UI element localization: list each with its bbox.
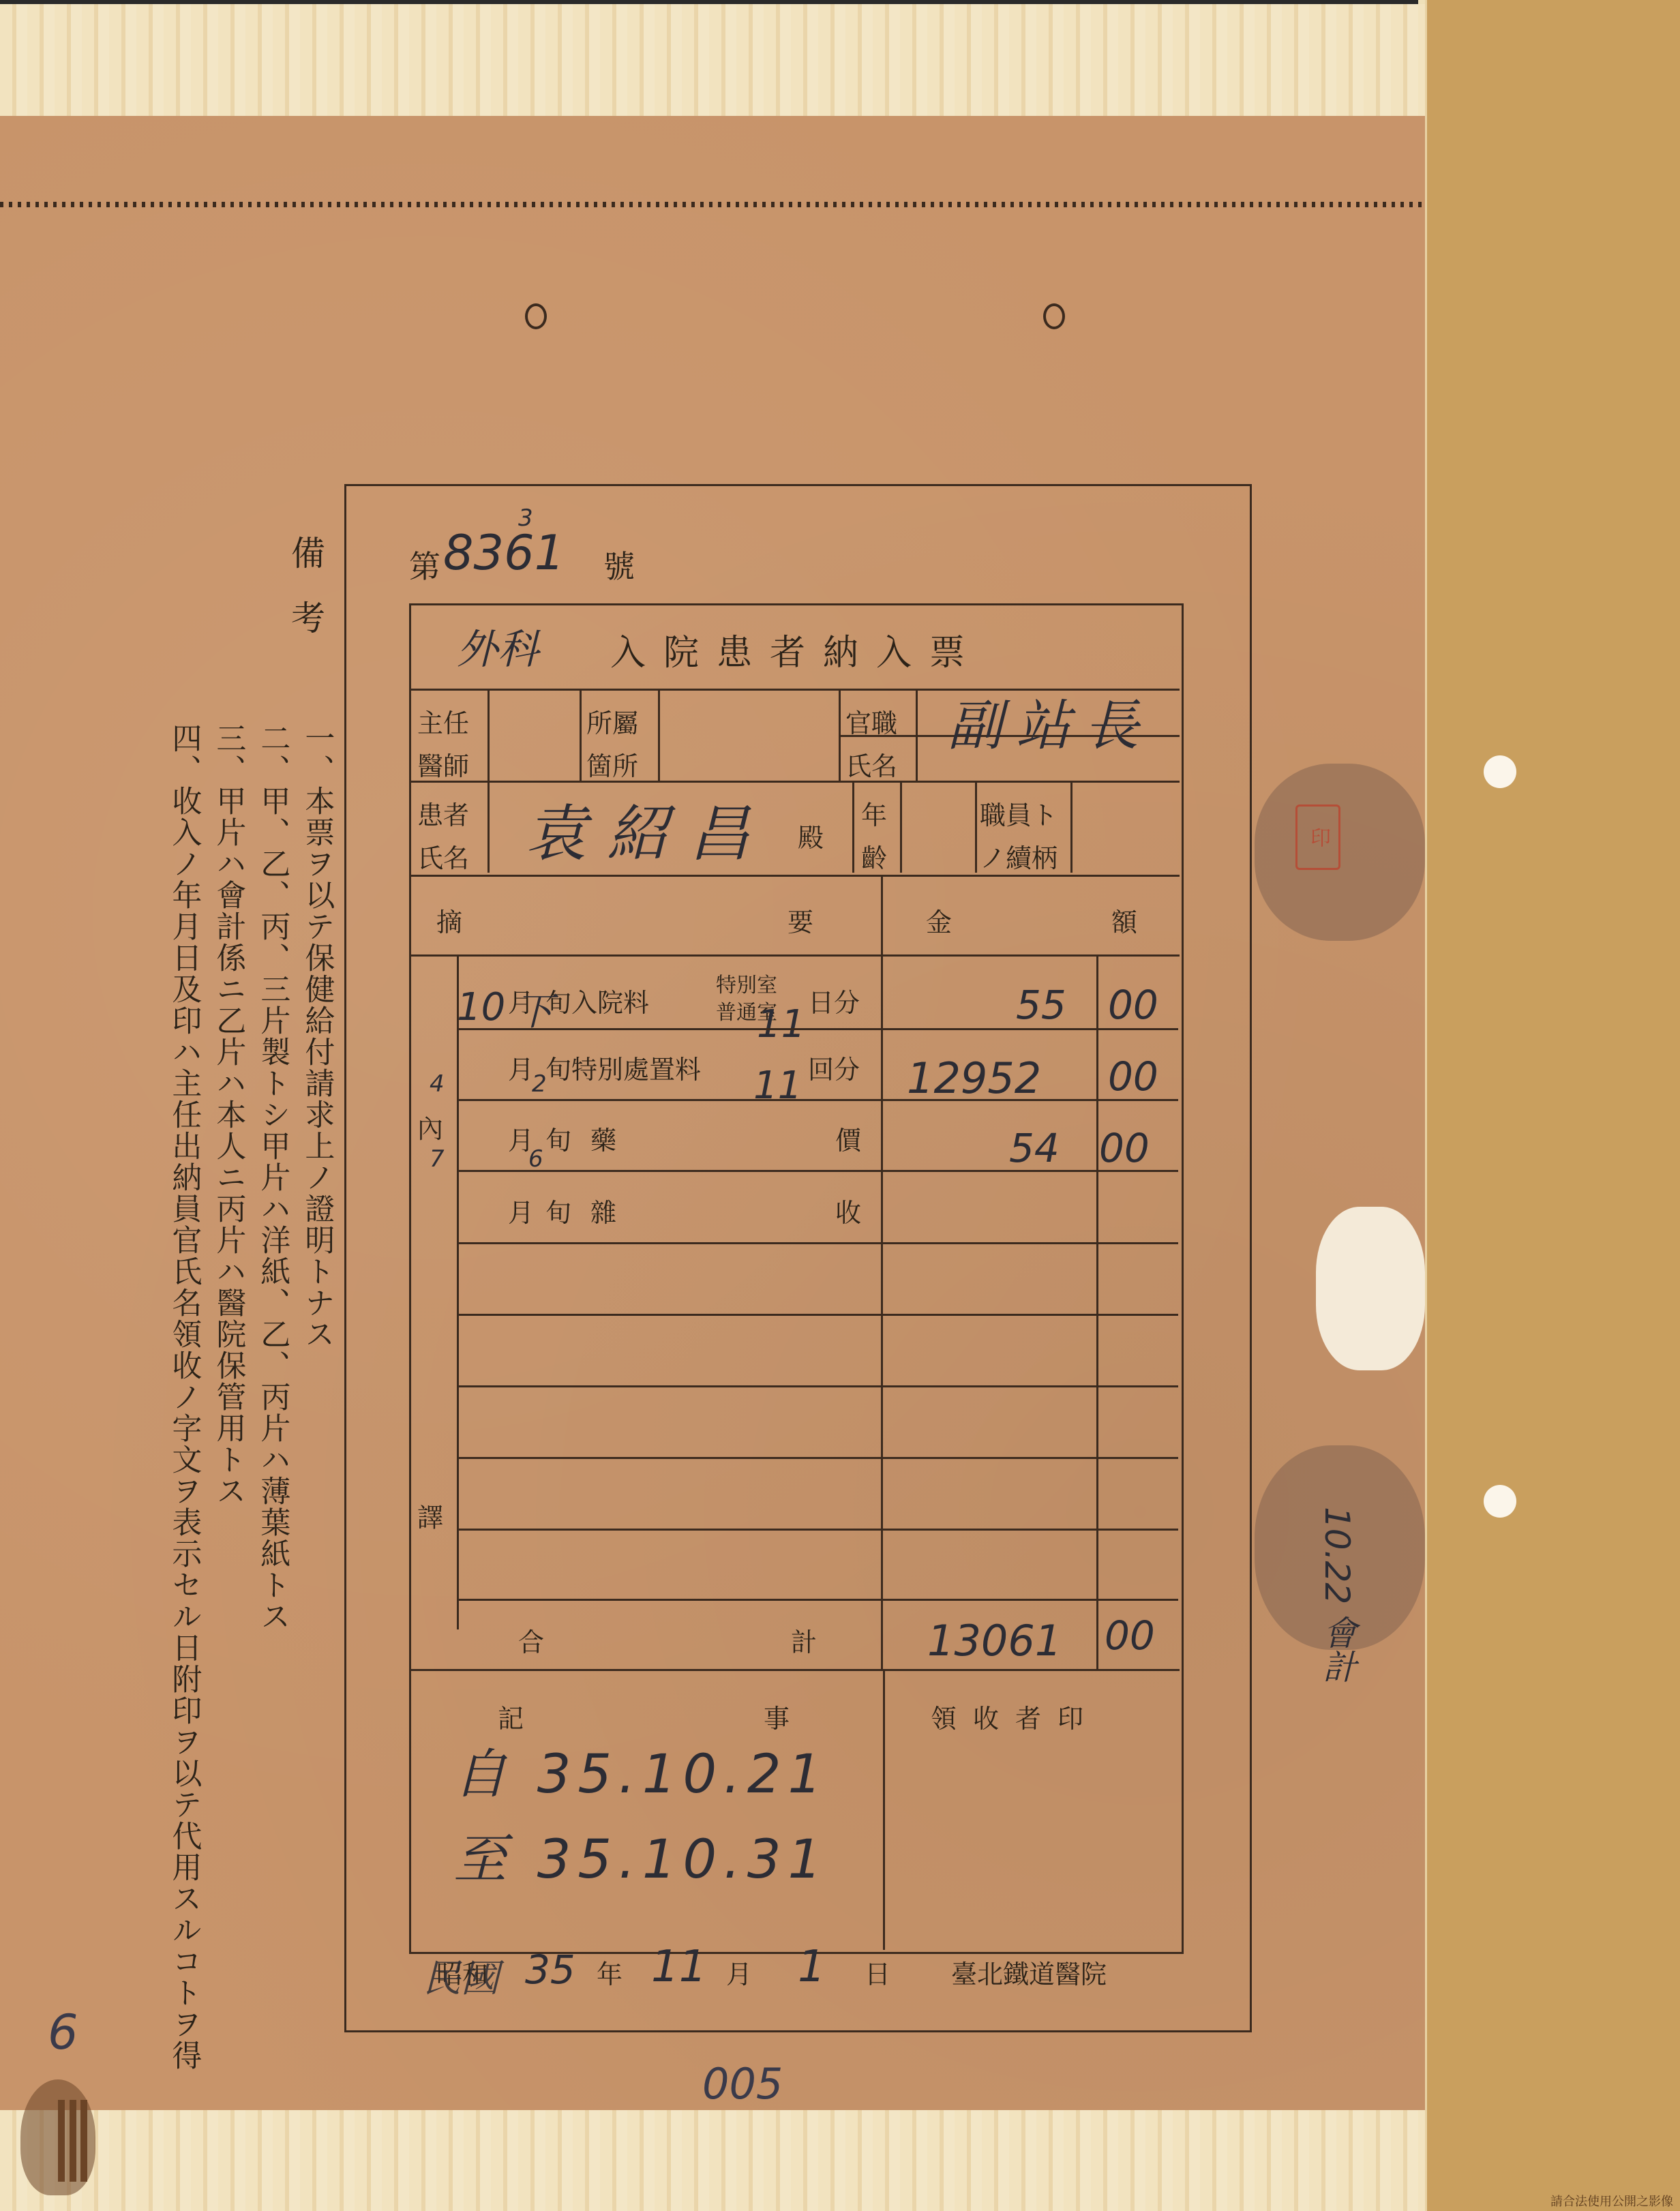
divider xyxy=(458,1385,1178,1387)
paper-damage xyxy=(1316,1207,1425,1370)
hand-count: 11 xyxy=(757,1002,805,1047)
total-sen: 00 xyxy=(1105,1612,1155,1659)
page-number-bottom: 005 xyxy=(702,2059,783,2109)
divider xyxy=(409,875,1180,877)
divider xyxy=(841,735,916,737)
amount-yen: 54 xyxy=(1009,1125,1060,1171)
divider xyxy=(458,1457,1178,1459)
divider xyxy=(1096,954,1098,1669)
day-label: 日 xyxy=(865,1953,890,1991)
divider xyxy=(458,1599,1178,1601)
era-handwritten: 民國 xyxy=(423,1949,499,2003)
row-item-label: 旬入院料 xyxy=(545,982,649,1019)
patient-name: 袁紹昌 xyxy=(525,784,770,873)
note-item-3: 三、甲片ハ會計係ニ乙片ハ本人ニ丙片ハ醫院保管用トス xyxy=(211,723,244,1507)
divider xyxy=(409,781,1180,783)
total-label: 計 xyxy=(791,1621,817,1659)
issue-year: 35 xyxy=(525,1946,575,1993)
patient-label: 患者 xyxy=(417,794,469,832)
binder-hole xyxy=(1484,1485,1516,1518)
issue-day: 1 xyxy=(798,1942,826,1992)
amount-yen: 12952 xyxy=(907,1053,1041,1103)
divider xyxy=(409,1669,1180,1671)
notes-title-2: 考 xyxy=(286,600,324,635)
divider xyxy=(487,689,490,781)
divider xyxy=(458,1242,1178,1244)
form-title: 入院患者納入票 xyxy=(610,624,982,675)
stay-to-date: 至 35.10.31 xyxy=(453,1817,828,1893)
divider xyxy=(881,875,883,1669)
row-item-label: 旬特別處置料 xyxy=(545,1049,701,1086)
notes-title-1: 備 xyxy=(286,535,324,571)
divider xyxy=(458,1314,1178,1316)
position-value: 副站長 xyxy=(948,682,1152,760)
divider xyxy=(487,781,490,873)
patient-label: 氏名 xyxy=(417,837,469,875)
binder-hole xyxy=(1484,755,1516,788)
archive-logo-icon xyxy=(20,2079,95,2195)
row-month-label: 月 xyxy=(508,1192,534,1229)
room-special: 特別室 xyxy=(716,968,777,998)
form-number-superscript: 3 xyxy=(518,505,533,532)
col-header: 要 xyxy=(787,901,813,939)
margin-annotation-right: 10.22 會計 xyxy=(1312,1507,1362,1683)
side-label: 內 xyxy=(417,1108,443,1145)
punch-hole xyxy=(1043,303,1065,329)
col-header: 額 xyxy=(1111,901,1137,939)
row-item-label: 旬雜 xyxy=(545,1192,635,1229)
relation-label: 職員ト xyxy=(980,794,1057,832)
row-month-label: 月 xyxy=(508,1049,534,1086)
affiliation-label: 箇所 xyxy=(586,745,638,783)
hand-period: 6 xyxy=(528,1145,543,1173)
amount-sen: 00 xyxy=(1108,982,1158,1028)
red-seal: 印 xyxy=(1295,804,1340,870)
receipt-seal-label: 領收者印 xyxy=(931,1698,1100,1735)
position-label: 官職 xyxy=(845,702,897,740)
divider xyxy=(658,689,660,781)
number-prefix: 第 xyxy=(409,542,440,587)
amount-yen: 55 xyxy=(1016,982,1066,1028)
divider xyxy=(409,954,1180,957)
note-item-2: 二、甲、乙、丙、三片製トシ甲片ハ洋紙、乙、丙片ハ薄葉紙トス xyxy=(256,723,288,1632)
note-item-4: 四、收入ノ年月日及印ハ主任出納員官氏名領收ノ字文ヲ表示セル日附印ヲ以テ代用スルコ… xyxy=(167,723,200,2071)
remarks-label: 記 xyxy=(498,1698,524,1735)
row-unit: 日分 xyxy=(808,982,860,1019)
remarks-label: 事 xyxy=(764,1698,790,1735)
binder-board xyxy=(1425,0,1680,2211)
divider xyxy=(458,1170,1178,1172)
department-handwritten: 外科 xyxy=(457,617,539,676)
relation-label: ノ續柄 xyxy=(980,837,1057,875)
total-label: 合 xyxy=(518,1621,544,1659)
name-label: 氏名 xyxy=(845,745,897,783)
page-number-left: 6 xyxy=(48,2004,78,2060)
punch-hole xyxy=(525,303,547,329)
row-item-label: 旬藥 xyxy=(545,1119,635,1157)
divider xyxy=(580,689,582,781)
row-unit: 價 xyxy=(835,1119,861,1157)
divider xyxy=(458,1099,1178,1101)
honorific: 殿 xyxy=(798,817,824,854)
doctor-label: 醫師 xyxy=(417,745,469,783)
year-label: 年 xyxy=(597,1953,622,1991)
affiliation-label: 所屬 xyxy=(586,702,638,740)
month-label: 月 xyxy=(726,1953,752,1991)
col-header: 摘 xyxy=(436,901,462,939)
hand-month: 7 xyxy=(430,1145,445,1173)
side-label: 譯 xyxy=(417,1496,443,1534)
number-suffix: 號 xyxy=(603,542,635,587)
divider xyxy=(852,781,854,873)
amount-sen: 00 xyxy=(1099,1125,1150,1171)
form-number: 8361 xyxy=(443,525,565,581)
divider xyxy=(1070,781,1072,873)
stay-from-date: 自 35.10.21 xyxy=(453,1732,828,1808)
issue-month: 11 xyxy=(651,1942,706,1992)
divider xyxy=(883,1669,885,1950)
note-item-1: 一、本票ヲ以テ保健給付請求上ノ證明トナス xyxy=(300,723,333,1350)
divider xyxy=(458,1529,1178,1531)
row-unit: 收 xyxy=(835,1192,861,1229)
issuer-name: 臺北鐵道醫院 xyxy=(951,1953,1107,1991)
age-label: 年 xyxy=(861,794,887,832)
hand-count: 11 xyxy=(753,1064,802,1108)
col-header: 金 xyxy=(926,901,952,939)
age-label: 齡 xyxy=(861,837,887,875)
row-unit: 回分 xyxy=(808,1049,860,1086)
usage-watermark: 請合法使用公開之影像 xyxy=(1550,2192,1673,2210)
divider xyxy=(458,1028,1178,1030)
total-yen: 13061 xyxy=(927,1616,1062,1666)
hand-month: 10 xyxy=(457,985,505,1029)
hand-month: 4 xyxy=(430,1070,445,1098)
divider xyxy=(900,781,902,873)
hand-period: 2 xyxy=(532,1070,547,1098)
doctor-label: 主任 xyxy=(417,702,469,740)
divider xyxy=(975,781,977,873)
amount-sen: 00 xyxy=(1108,1053,1158,1100)
perforation-line xyxy=(0,202,1425,207)
